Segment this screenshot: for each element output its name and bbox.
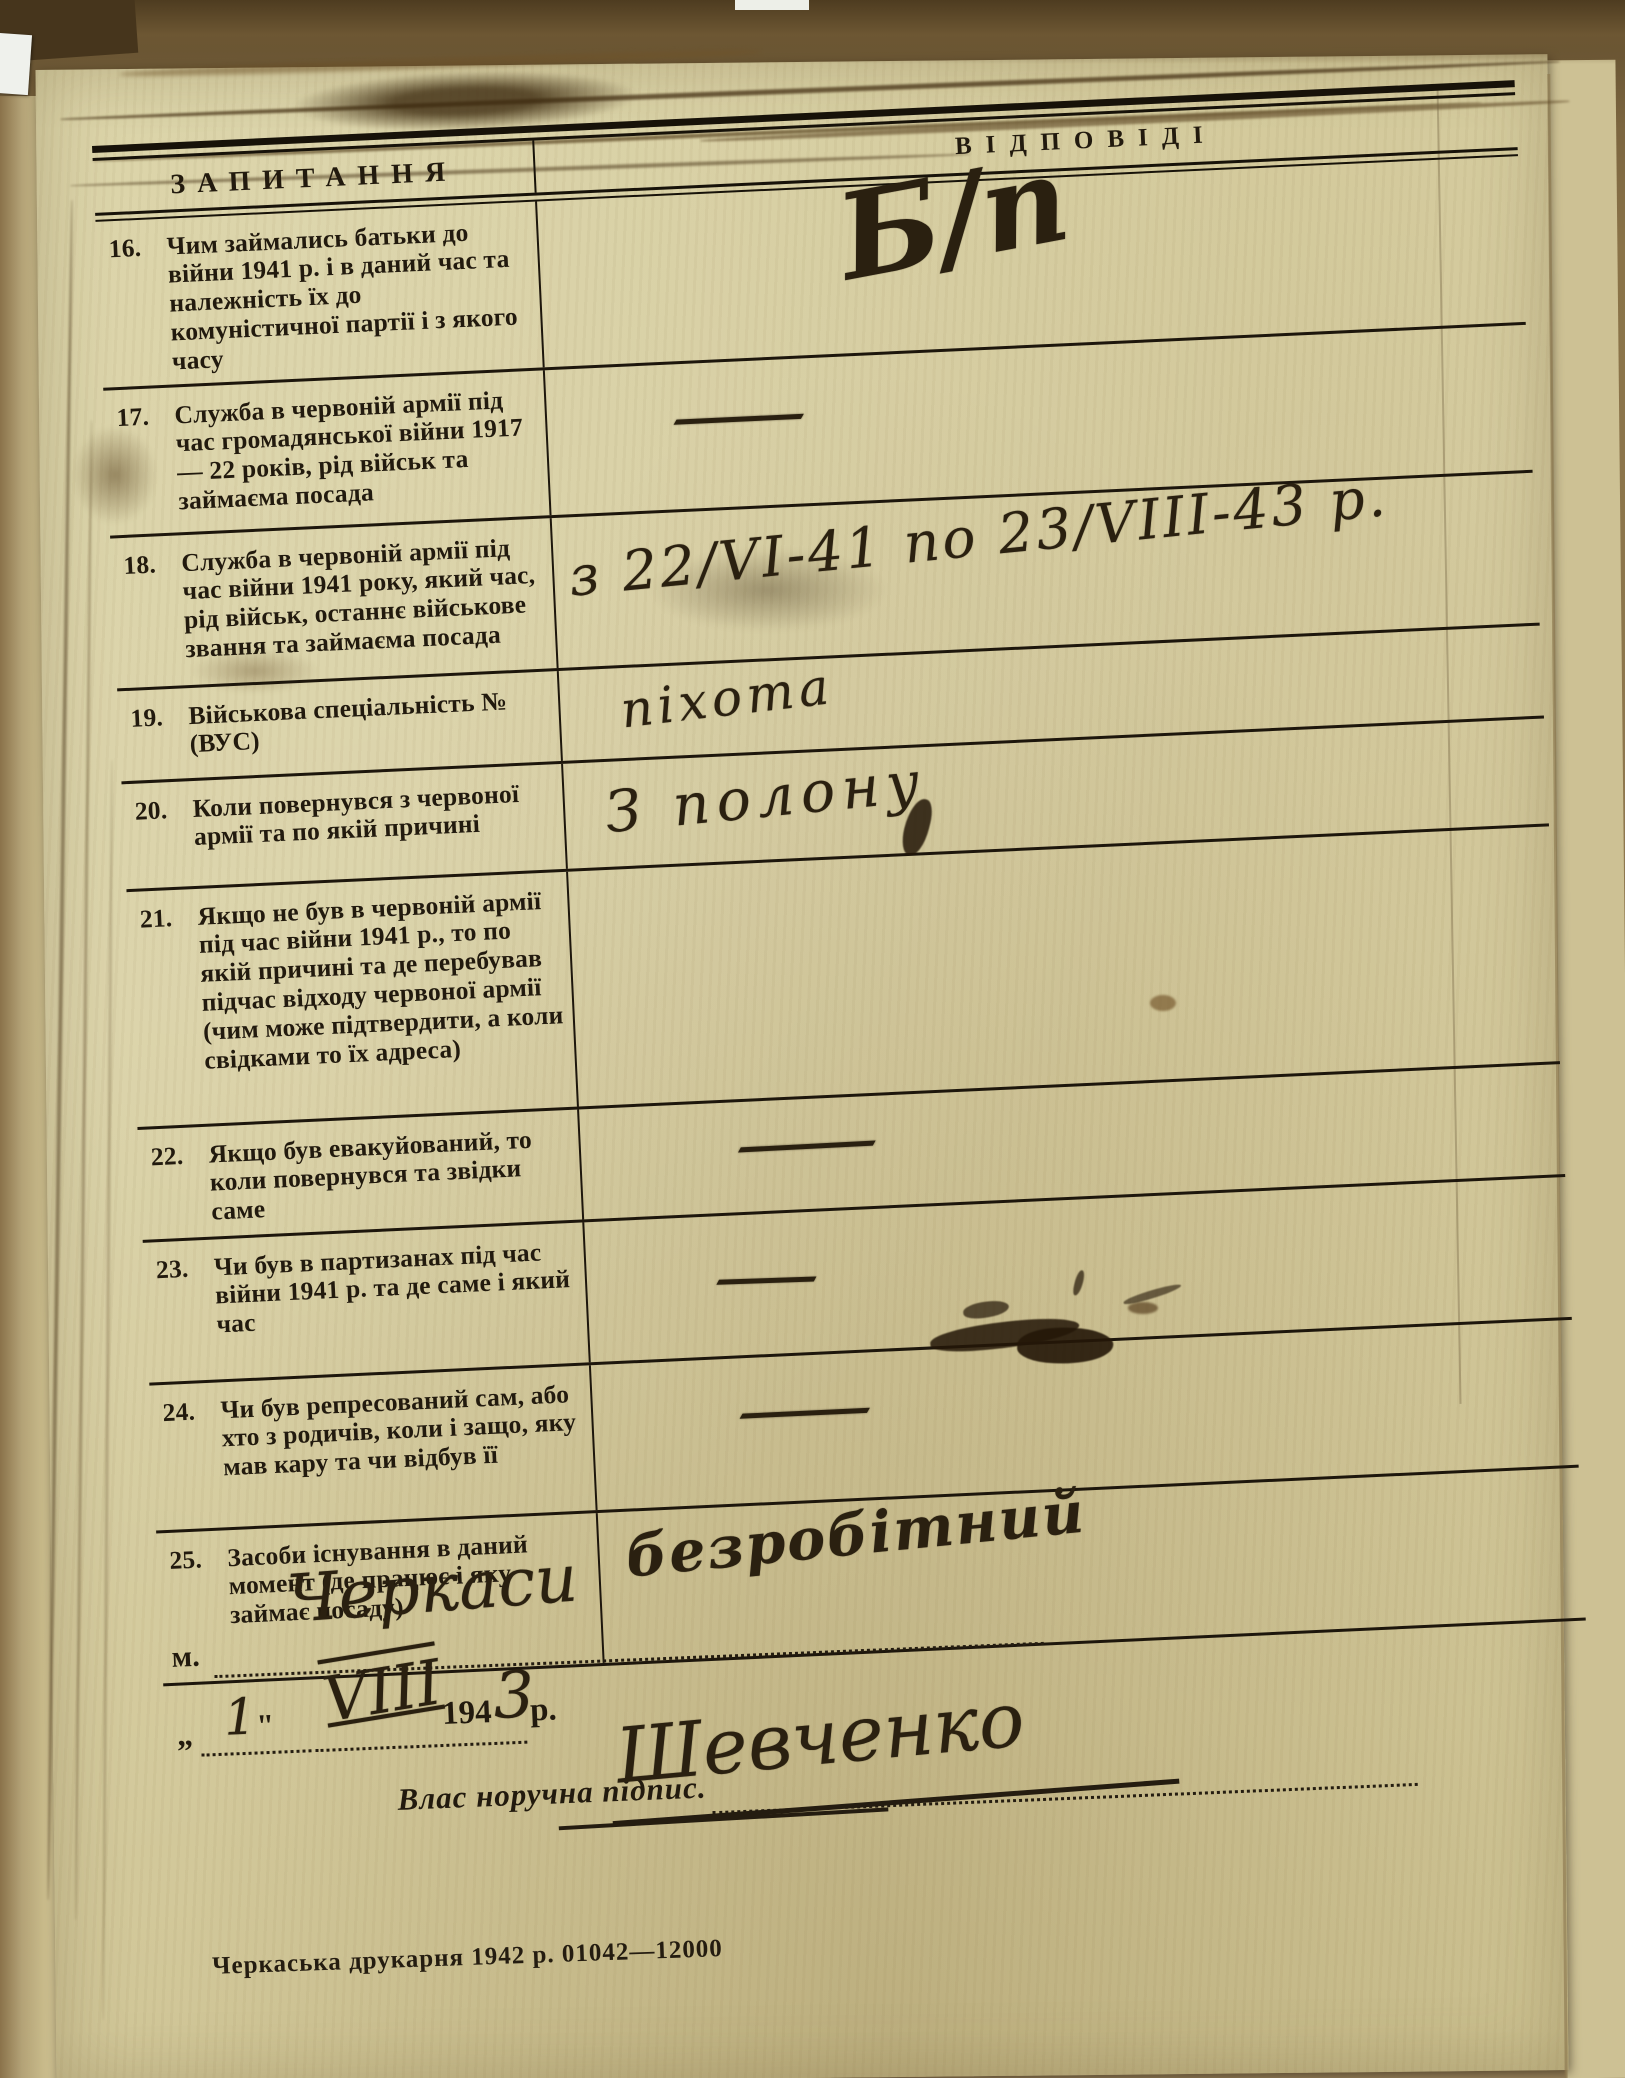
question-number: 21. [139,904,173,934]
opening-quote: „ [176,1716,193,1754]
question-cell: 19. Військова спеціальність № (ВУС) [117,671,563,781]
day-line [200,1709,312,1756]
question-text: Якщо був евакуйований, то коли повернувс… [208,1124,532,1225]
questionnaire-table: ЗАПИТАННЯ ВІДПОВІДІ 16. Чим займались ба… [92,80,1586,1686]
question-number: 23. [155,1254,189,1284]
handwritten-dash-answer: — [666,388,811,444]
handwritten-answer: З полону [602,748,929,845]
question-number: 17. [116,402,150,432]
top-shadow [0,0,1625,64]
question-text: Чи був в партизанах під час війни 1941 р… [213,1237,570,1339]
white-paper-scrap [0,33,32,95]
handwritten-dash-answer: — [711,1250,822,1303]
question-number: 22. [150,1141,184,1171]
question-number: 20. [134,796,168,826]
question-cell: 18. Служба в червоній армії під час війн… [110,518,558,688]
handwritten-dash-answer: — [732,1382,877,1438]
question-text: Служба в червоній армії під час війни 19… [181,533,536,664]
place-label: м. [171,1640,200,1675]
question-text: Служба в червоній армії під час громадян… [174,385,524,516]
question-cell: 16. Чим займались батьки до війни 1941 р… [95,201,544,387]
question-cell: 23. Чи був в партизанах під час війни 19… [143,1222,591,1382]
question-number: 24. [162,1397,196,1427]
question-text: Коли повернувся з червоної армії та по я… [192,779,520,852]
question-text: Чи був репресований сам, або хто з родич… [220,1379,577,1482]
question-text: Військова спеціальність № (ВУС) [188,686,508,758]
question-cell: 17. Служба в червоній армії під час гром… [103,370,551,535]
printed-year: 194 [441,1694,492,1733]
question-cell: 20. Коли повернувся з червоної армії та … [122,763,568,888]
question-cell: 24. Чи був репресований сам, або хто з р… [149,1365,597,1530]
scanned-questionnaire-page: ЗАПИТАННЯ ВІДПОВІДІ 16. Чим займались ба… [0,0,1625,2078]
handwritten-dash-answer: — [728,1114,884,1171]
question-number: 25. [169,1545,203,1575]
question-number: 16. [108,233,142,263]
white-paper-strip [735,0,809,10]
question-number: 19. [130,703,164,733]
question-cell: 22. Якщо був евакуйований, то коли повер… [138,1109,585,1239]
question-number: 18. [123,550,157,580]
year-suffix: р. [529,1691,557,1729]
answer-cell-empty [568,826,1560,1106]
question-text: Якщо не був в червоній армії під час вій… [197,886,564,1075]
question-cell: 21. Якщо не був в червоній армії під час… [127,871,579,1126]
signature-block: м. Черкаси „ 1 " VIII 194 3 р. Влас нору… [92,1562,1503,1918]
handwritten-answer: піхота [618,657,837,739]
question-text: Чим займались батьки до війни 1941 р. і … [166,217,518,375]
